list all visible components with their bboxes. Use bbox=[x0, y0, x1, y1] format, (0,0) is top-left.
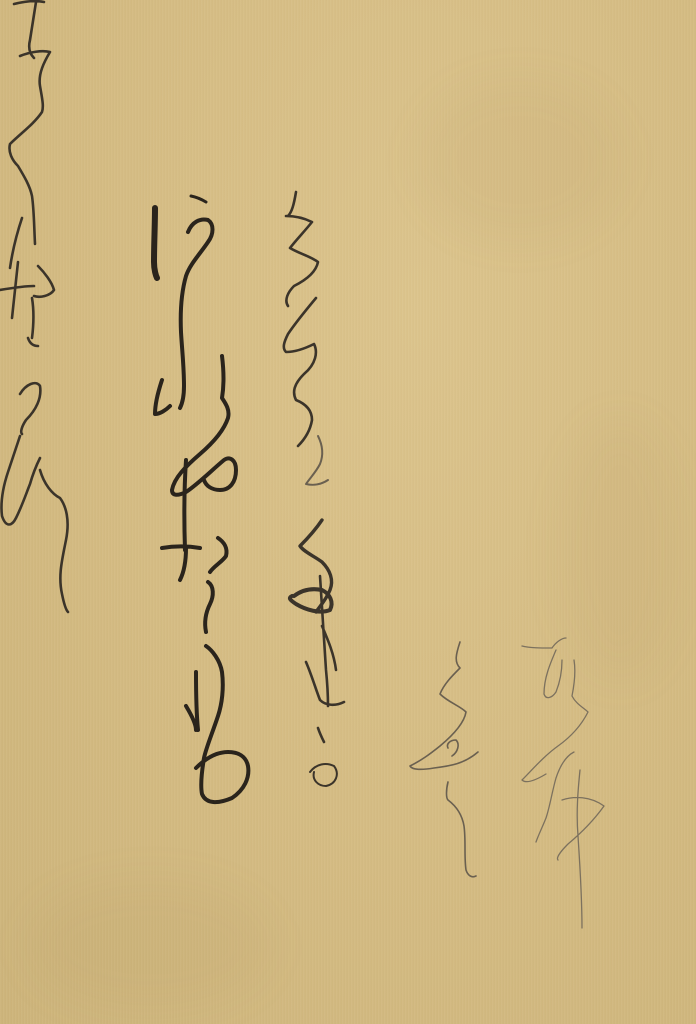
silk-paper-background: Japanese kana calligraphy on aged silk s… bbox=[0, 0, 696, 1024]
calligraphy-column-5 bbox=[0, 0, 696, 1024]
